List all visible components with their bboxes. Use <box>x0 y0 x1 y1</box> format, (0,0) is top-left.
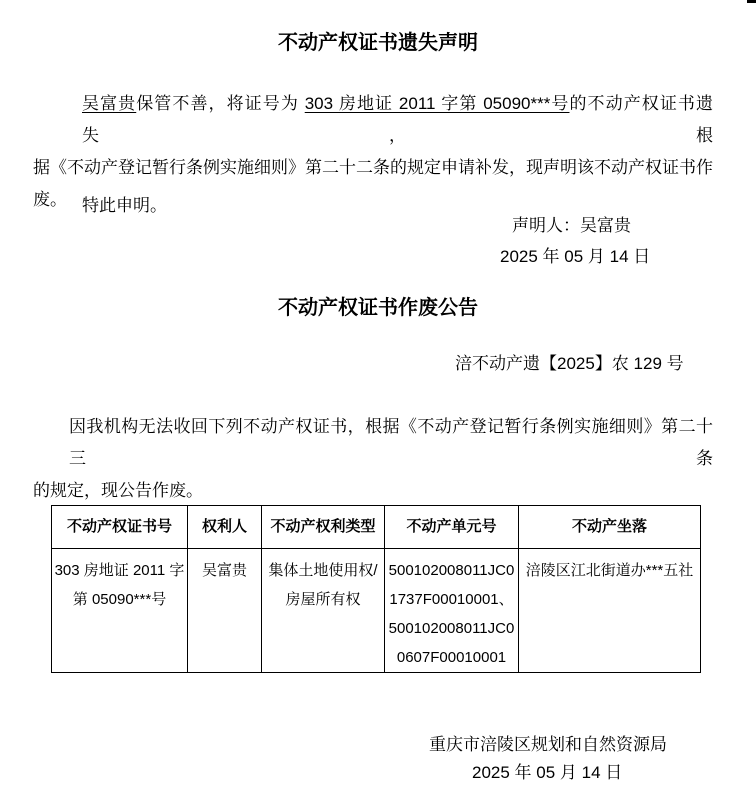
holder-name: 吴富贵 <box>188 556 261 585</box>
notice-paragraph-line-1: 因我机构无法收回下列不动产权证书，根据《不动产登记暂行条例实施细则》第二十三条 <box>33 411 713 475</box>
certificate-table: 不动产权证书号 权利人 不动产权利类型 不动产单元号 不动产坐落 303 房地证… <box>51 505 701 673</box>
table-row: 303 房地证 2011 字 第 05090***号 吴富贵 集体土地使用权/ … <box>52 549 701 673</box>
notice-paragraph-line-2: 的规定，现公告作废。 <box>33 475 713 507</box>
header-right-type: 不动产权利类型 <box>262 506 385 549</box>
cell-unit-number: 500102008011JC0 1737F00010001、 500102008… <box>385 549 519 673</box>
statement-date: 2025 年 05 月 14 日 <box>500 241 650 273</box>
header-cert-number: 不动产权证书号 <box>52 506 188 549</box>
notice-date: 2025 年 05 月 14 日 <box>472 763 622 782</box>
header-location: 不动产坐落 <box>519 506 701 549</box>
statement-line1-mid: 保管不善，将证号为 <box>136 94 304 113</box>
statement-paragraph-line-1: 吴富贵保管不善，将证号为 303 房地证 2011 字第 05090***号的不… <box>33 88 713 152</box>
cell-cert-number: 303 房地证 2011 字 第 05090***号 <box>52 549 188 673</box>
header-holder: 权利人 <box>188 506 262 549</box>
location-text: 涪陵区江北街道办***五社 <box>519 556 700 585</box>
declarant-name-underlined: 吴富贵 <box>82 94 136 113</box>
notice-title: 不动产权证书作废公告 <box>0 296 756 320</box>
statement-closing: 特此申明。 <box>82 190 167 222</box>
cert-number-line: 第 05090***号 <box>52 585 187 614</box>
document-page: 不动产权证书遗失声明 吴富贵保管不善，将证号为 303 房地证 2011 字第 … <box>0 0 756 812</box>
unit-number-line: 500102008011JC0 <box>385 556 518 585</box>
table-header-row: 不动产权证书号 权利人 不动产权利类型 不动产单元号 不动产坐落 <box>52 506 701 549</box>
right-type-line: 房屋所有权 <box>262 585 384 614</box>
cell-right-type: 集体土地使用权/ 房屋所有权 <box>262 549 385 673</box>
right-type-line: 集体土地使用权/ <box>262 556 384 585</box>
declarant-signature: 声明人：吴富贵 <box>512 210 631 242</box>
cell-location: 涪陵区江北街道办***五社 <box>519 549 701 673</box>
unit-number-line: 1737F00010001、 <box>385 585 518 614</box>
unit-number-line: 0607F00010001 <box>385 643 518 672</box>
cert-number-line: 303 房地证 2011 字 <box>52 556 187 585</box>
statement-paragraph-line-2: 据《不动产登记暂行条例实施细则》第二十二条的规定申请补发，现声明该不动产权证书作 <box>33 152 713 184</box>
notice-doc-number: 涪不动产遗【2025】农 129 号 <box>455 348 684 380</box>
header-unit-number: 不动产单元号 <box>385 506 519 549</box>
cell-holder: 吴富贵 <box>188 549 262 673</box>
unit-number-line: 500102008011JC0 <box>385 614 518 643</box>
corner-mark <box>747 0 756 3</box>
issuer-name: 重庆市涪陵区规划和自然资源局 <box>429 735 667 754</box>
notice-paragraph: 因我机构无法收回下列不动产权证书，根据《不动产登记暂行条例实施细则》第二十三条 … <box>33 411 713 507</box>
statement-title: 不动产权证书遗失声明 <box>0 31 756 55</box>
certificate-number-underlined: 303 房地证 2011 字第 05090***号 <box>305 94 570 113</box>
